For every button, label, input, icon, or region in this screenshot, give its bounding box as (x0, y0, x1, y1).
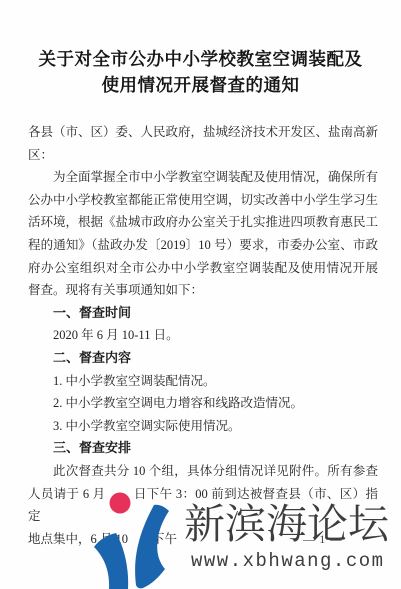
section3-line1: 此次督查共分 10 个组，具体分组情况详见附件。所有参查 (28, 460, 378, 483)
section3-heading: 三、督查安排 (53, 437, 378, 460)
watermark-site-url: www.xbhwang.com (191, 549, 385, 573)
salutation-line2: 区： (28, 144, 378, 167)
page-number: — 1 — (303, 534, 343, 546)
section1-body: 2020 年 6 月 10-11 日。 (53, 324, 378, 347)
logo-right-swoosh (135, 505, 169, 589)
paragraph1-line4: 程的通知》（盐政办发〔2019〕10 号）要求，市委办公室、市政 (28, 234, 378, 257)
salutation-line1: 各县（市、区）委、人民政府，盐城经济技术开发区、盐南高新 (28, 121, 378, 144)
paragraph1-line2: 公办中小学校教室都能正常使用空调，切实改善中小学生学习生 (28, 189, 378, 212)
document-page: 关于对全市公办中小学校教室空调装配及 使用情况开展督查的通知 各县（市、区）委、… (0, 0, 401, 589)
section2-heading: 二、督查内容 (53, 347, 378, 370)
logo-left-swoosh (94, 533, 128, 589)
doc-body: 各县（市、区）委、人民政府，盐城经济技术开发区、盐南高新 区： 为全面掌握全市中… (28, 121, 378, 550)
section2-item2: 2. 中小学教室空调电力增容和线路改造情况。 (53, 392, 378, 415)
paragraph1-line1: 为全面掌握全市中小学教室空调装配及使用情况，确保所有 (28, 166, 378, 189)
xbhwang-logo-icon (92, 487, 172, 589)
doc-title-line1: 关于对全市公办中小学校教室空调装配及 (0, 46, 401, 72)
doc-title: 关于对全市公办中小学校教室空调装配及 使用情况开展督查的通知 (0, 46, 401, 98)
paragraph1-line3: 活环境，根据《盐城市政府办公室关于扎实推进四项教育惠民工 (28, 211, 378, 234)
watermark-site-name: 新滨海论坛 (184, 501, 389, 547)
paragraph1-line5: 府办公室组织对全市公办中小学教室空调装配及使用情况开展 (28, 257, 378, 280)
section2-item1: 1. 中小学教室空调装配情况。 (53, 370, 378, 393)
doc-title-line2: 使用情况开展督查的通知 (0, 72, 401, 98)
section1-heading: 一、督查时间 (53, 302, 378, 325)
section2-item3: 3. 中小学教室空调实际使用情况。 (53, 415, 378, 438)
paragraph1-line6: 督查。现将有关事项通知如下： (28, 279, 378, 302)
logo-red-dot (110, 493, 131, 514)
